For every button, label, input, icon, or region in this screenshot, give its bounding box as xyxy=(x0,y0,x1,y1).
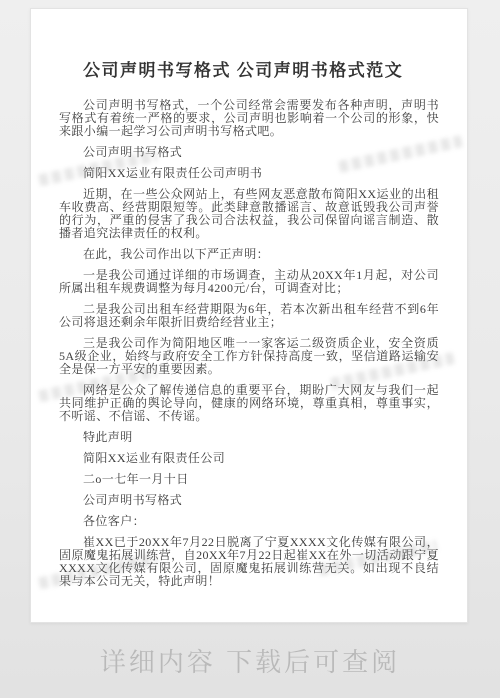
document-paragraph: 崔XX已于20XX年7月22日脱离了宁夏XXXX文化传媒有限公司，固原魔鬼拓展训… xyxy=(59,536,439,588)
document-preview-card: 公司声明书写格式 公司声明书格式范文 公司声明书写格式，一个公司经常会需要发布各… xyxy=(30,8,468,623)
footer-bar: 详细内容 下载后可查阅 xyxy=(0,623,500,698)
document-paragraph: 二o一七年一月十日 xyxy=(59,473,439,486)
document-paragraph: 近期，在一些公众网站上，有些网友恶意散布简阳XX运业的出租车收费高、经营期限短等… xyxy=(59,188,439,240)
document-paragraph: 公司声明书写格式 xyxy=(59,146,439,159)
page-background: 公司声明书写格式 公司声明书格式范文 公司声明书写格式，一个公司经常会需要发布各… xyxy=(0,0,500,698)
document-paragraph: 简阳XX运业有限责任公司声明书 xyxy=(59,167,439,180)
document-paragraph: 在此，我公司作出以下严正声明： xyxy=(59,248,439,261)
document-paragraph: 一是我公司通过详细的市场调查，主动从20XX年1月起，对公司所属出租车规费调整为… xyxy=(59,269,439,295)
document-paragraph: 简阳XX运业有限责任公司 xyxy=(59,452,439,465)
document-paragraph: 公司声明书写格式，一个公司经常会需要发布各种声明，声明书写格式有着统一严格的要求… xyxy=(59,99,439,138)
footer-caption: 详细内容 下载后可查阅 xyxy=(100,642,400,679)
document-paragraph: 公司声明书写格式 xyxy=(59,494,439,507)
document-body: 公司声明书写格式，一个公司经常会需要发布各种声明，声明书写格式有着统一严格的要求… xyxy=(59,99,439,588)
document-paragraph: 三是我公司作为简阳地区唯一一家客运二级资质企业，安全资质5A级企业，始终与政府安… xyxy=(59,337,439,376)
document-paragraph: 二是我公司出租车经营期限为6年，若本次新出租车经营不到6年公司将退还剩余年限折旧… xyxy=(59,303,439,329)
document-title: 公司声明书写格式 公司声明书格式范文 xyxy=(59,61,439,81)
document-paragraph: 网络是公众了解传递信息的重要平台，期盼广大网友与我们一起共同维护正确的舆论导向，… xyxy=(59,384,439,423)
document-paragraph: 特此声明 xyxy=(59,431,439,444)
document-paragraph: 各位客户： xyxy=(59,515,439,528)
